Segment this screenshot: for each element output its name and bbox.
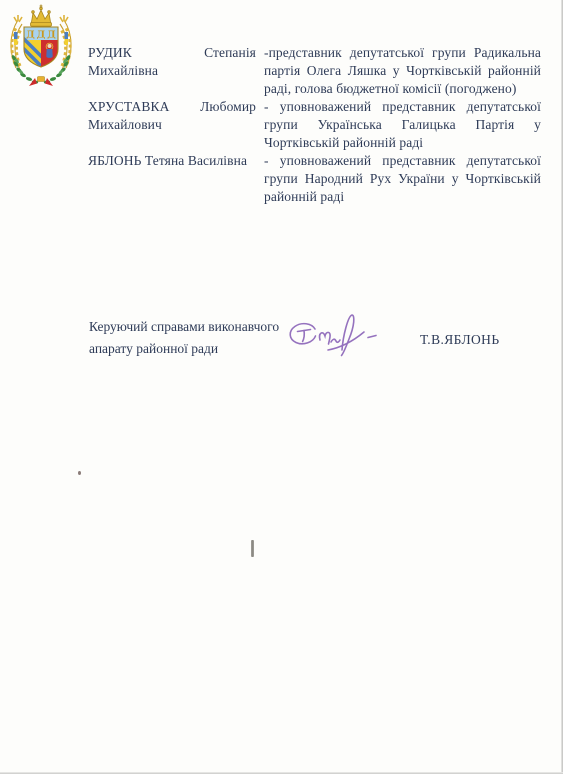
scan-vertical-mark-artifact [251,540,254,557]
signatory-role: - уповноважений представник депутатської… [264,98,541,152]
signatory-name: ХРУСТАВКА Любомир Михайлович [88,98,264,134]
signatory-row: ЯБЛОНЬ Тетяна Василівна - уповноважений … [88,152,541,206]
crown [31,5,52,27]
signatory-name: ЯБЛОНЬ Тетяна Василівна [88,152,264,170]
signatory-role: -представник депутатської групи Радикаль… [264,44,541,98]
scan-speck-artifact [78,471,81,475]
signatory-name: РУДИК Степанія Михайлівна [88,44,264,80]
svg-text:Д: Д [47,30,55,41]
svg-text:Д: Д [26,30,34,41]
signoff-signer-name: Т.В.ЯБЛОНЬ [420,332,499,348]
signatory-role: - уповноважений представник депутатської… [264,152,541,206]
signatory-row: ХРУСТАВКА Любомир Михайлович - уповноваж… [88,98,541,152]
signatory-row: РУДИК Степанія Михайлівна -представник д… [88,44,541,98]
signoff-title: Керуючий справами виконавчого апарату ра… [89,316,294,359]
chief-symbols: Д Д Д [26,30,55,41]
signatories-list: РУДИК Степанія Михайлівна -представник д… [88,44,541,206]
coat-of-arms-emblem: Д Д Д [2,2,80,90]
ribbon [29,77,53,87]
handwritten-signature-icon [284,306,384,364]
svg-text:Д: Д [37,30,45,41]
document-page: Д Д Д РУДИК Степанія Михайлівна -предста… [0,0,563,774]
